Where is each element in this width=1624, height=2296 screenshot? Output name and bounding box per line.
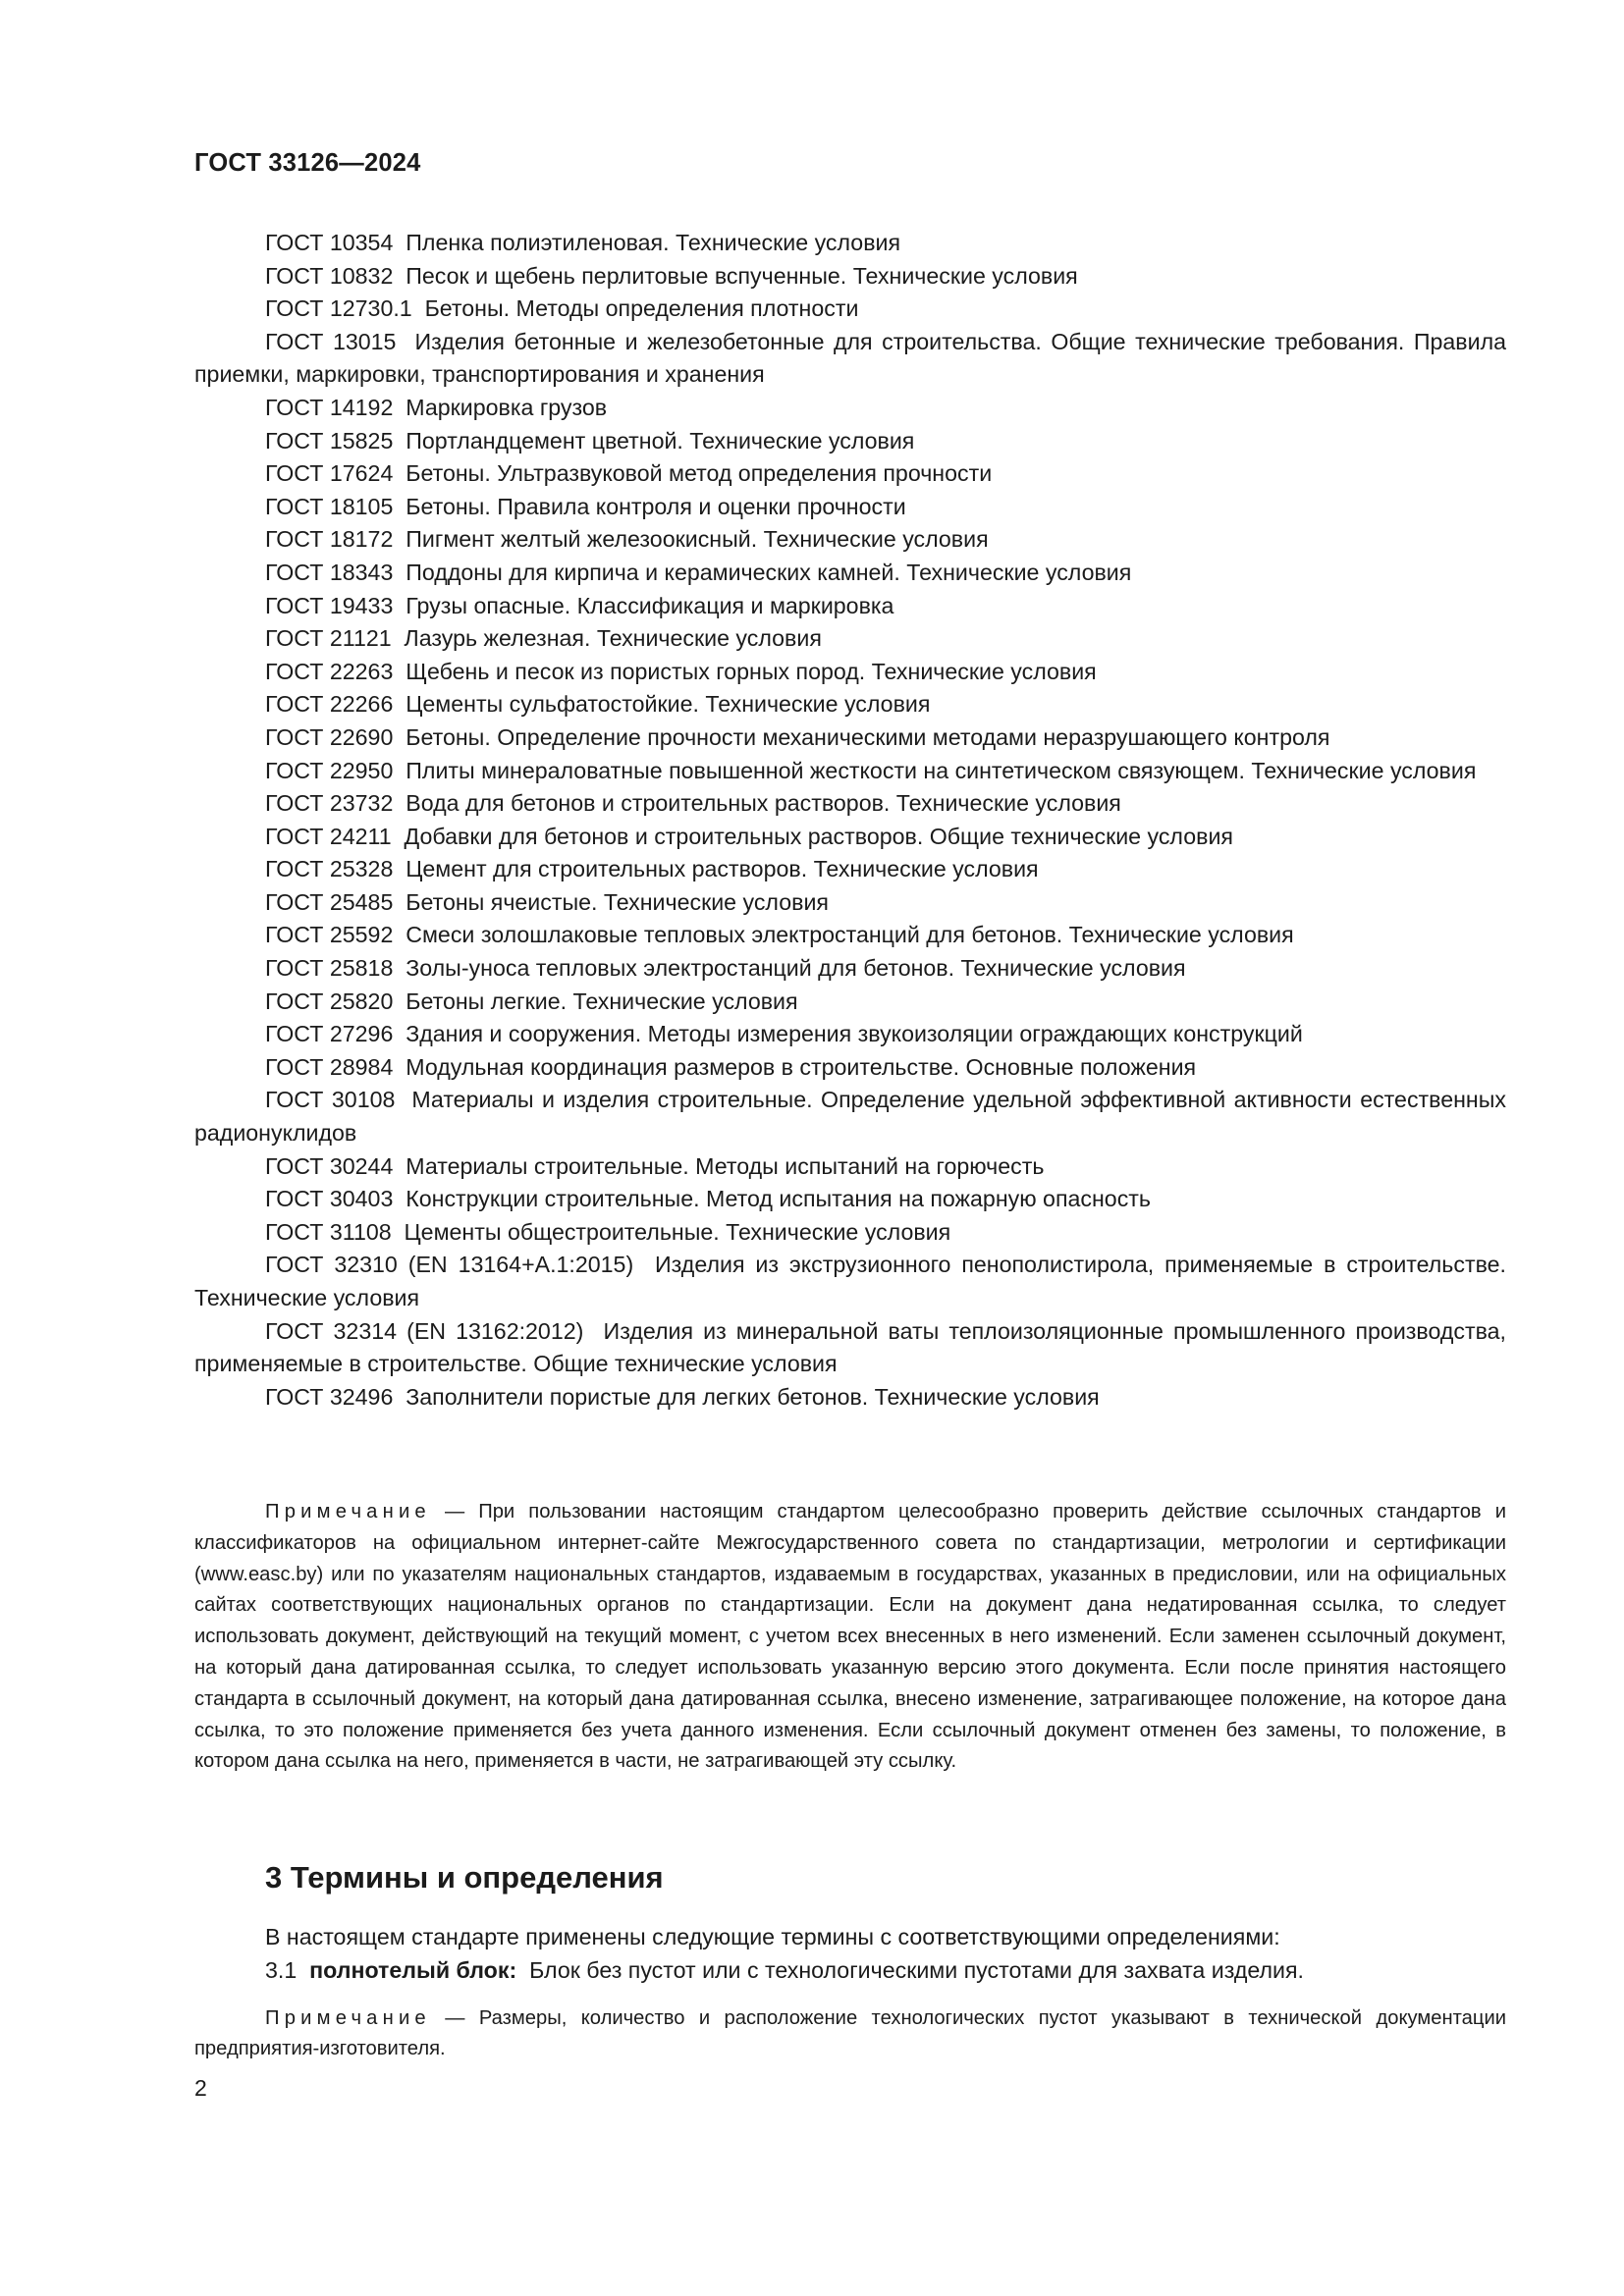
reference-code: ГОСТ 24211 — [265, 824, 392, 849]
reference-item: ГОСТ 32496 Заполнители пористые для легк… — [194, 1381, 1506, 1415]
reference-item: ГОСТ 27296 Здания и сооружения. Методы и… — [194, 1018, 1506, 1051]
reference-item: ГОСТ 32314 (EN 13162:2012) Изделия из ми… — [194, 1315, 1506, 1381]
reference-item: ГОСТ 19433 Грузы опасные. Классификация … — [194, 590, 1506, 623]
reference-title: Добавки для бетонов и строительных раств… — [405, 824, 1233, 849]
page-number: 2 — [194, 2074, 207, 2102]
reference-title: Цемент для строительных растворов. Техни… — [406, 856, 1038, 881]
reference-item: ГОСТ 10832 Песок и щебень перлитовые всп… — [194, 260, 1506, 294]
reference-code: ГОСТ 18172 — [265, 526, 393, 552]
reference-item: ГОСТ 17624 Бетоны. Ультразвуковой метод … — [194, 457, 1506, 491]
reference-title: Золы-уноса тепловых электростанций для б… — [406, 955, 1185, 981]
note-label: Примечание — [265, 1501, 431, 1522]
reference-title: Бетоны. Определение прочности механическ… — [406, 724, 1329, 750]
reference-code: ГОСТ 15825 — [265, 428, 393, 454]
reference-title: Заполнители пористые для легких бетонов.… — [406, 1384, 1099, 1410]
reference-code: ГОСТ 22690 — [265, 724, 393, 750]
reference-code: ГОСТ 21121 — [265, 625, 392, 651]
reference-code: ГОСТ 12730.1 — [265, 295, 412, 321]
term-note: Примечание — Размеры, количество и распо… — [194, 2003, 1506, 2065]
reference-item: ГОСТ 21121 Лазурь железная. Технические … — [194, 622, 1506, 656]
term-definition: Блок без пустот или с технологическими п… — [529, 1957, 1304, 1983]
note-text: — При пользовании настоящим стандартом ц… — [194, 1501, 1506, 1772]
reference-item: ГОСТ 10354 Пленка полиэтиленовая. Технич… — [194, 227, 1506, 260]
reference-item: ГОСТ 12730.1 Бетоны. Методы определения … — [194, 293, 1506, 326]
reference-title: Бетоны легкие. Технические условия — [406, 988, 797, 1014]
reference-item: ГОСТ 15825 Портландцемент цветной. Техни… — [194, 425, 1506, 458]
reference-title: Материалы строительные. Методы испытаний… — [406, 1153, 1044, 1179]
reference-code: ГОСТ 22263 — [265, 659, 393, 684]
reference-title: Бетоны. Ультразвуковой метод определения… — [406, 460, 992, 486]
references-note: Примечание — При пользовании настоящим с… — [194, 1497, 1506, 1778]
normative-references-list: ГОСТ 10354 Пленка полиэтиленовая. Технич… — [194, 227, 1506, 1414]
reference-code: ГОСТ 22266 — [265, 691, 393, 717]
reference-code: ГОСТ 18343 — [265, 560, 393, 585]
reference-code: ГОСТ 25328 — [265, 856, 393, 881]
reference-item: ГОСТ 23732 Вода для бетонов и строительн… — [194, 787, 1506, 821]
reference-code: ГОСТ 30108 — [265, 1087, 395, 1112]
reference-title: Бетоны. Методы определения плотности — [425, 295, 859, 321]
reference-item: ГОСТ 13015 Изделия бетонные и железобето… — [194, 326, 1506, 392]
reference-title: Щебень и песок из пористых горных пород.… — [406, 659, 1096, 684]
reference-title: Поддоны для кирпича и керамических камне… — [406, 560, 1131, 585]
reference-code: ГОСТ 10832 — [265, 263, 393, 289]
reference-title: Пигмент желтый железоокисный. Технически… — [406, 526, 988, 552]
reference-title: Смеси золошлаковые тепловых электростанц… — [406, 922, 1293, 947]
term-number: 3.1 — [265, 1957, 297, 1983]
reference-title: Цементы сульфатостойкие. Технические усл… — [406, 691, 930, 717]
reference-item: ГОСТ 31108 Цементы общестроительные. Тех… — [194, 1216, 1506, 1250]
reference-code: ГОСТ 22950 — [265, 758, 393, 783]
reference-title: Здания и сооружения. Методы измерения зв… — [406, 1021, 1303, 1046]
reference-code: ГОСТ 25485 — [265, 889, 393, 915]
reference-item: ГОСТ 30108 Материалы и изделия строитель… — [194, 1084, 1506, 1149]
reference-code: ГОСТ 25592 — [265, 922, 393, 947]
reference-code: ГОСТ 28984 — [265, 1054, 393, 1080]
reference-title: Конструкции строительные. Метод испытани… — [406, 1186, 1151, 1211]
terms-intro: В настоящем стандарте применены следующи… — [194, 1921, 1506, 1954]
reference-title: Цементы общестроительные. Технические ус… — [405, 1219, 951, 1245]
reference-code: ГОСТ 14192 — [265, 395, 393, 420]
reference-item: ГОСТ 25592 Смеси золошлаковые тепловых э… — [194, 919, 1506, 952]
reference-code: ГОСТ 13015 — [265, 329, 396, 354]
reference-code: ГОСТ 25818 — [265, 955, 393, 981]
reference-code: ГОСТ 31108 — [265, 1219, 392, 1245]
reference-title: Бетоны ячеистые. Технические условия — [406, 889, 829, 915]
reference-item: ГОСТ 22950 Плиты минераловатные повышенн… — [194, 755, 1506, 788]
document-header-id: ГОСТ 33126—2024 — [194, 148, 421, 178]
reference-item: ГОСТ 22263 Щебень и песок из пористых го… — [194, 656, 1506, 689]
reference-title: Грузы опасные. Классификация и маркировк… — [406, 593, 893, 618]
reference-code: ГОСТ 30403 — [265, 1186, 393, 1211]
reference-title: Лазурь железная. Технические условия — [405, 625, 822, 651]
reference-title: Пленка полиэтиленовая. Технические услов… — [406, 230, 900, 255]
reference-code: ГОСТ 32496 — [265, 1384, 393, 1410]
section-title-terms: 3 Термины и определения — [265, 1858, 664, 1897]
reference-code: ГОСТ 23732 — [265, 790, 393, 816]
reference-title: Маркировка грузов — [406, 395, 607, 420]
reference-code: ГОСТ 30244 — [265, 1153, 393, 1179]
reference-item: ГОСТ 18105 Бетоны. Правила контроля и оц… — [194, 491, 1506, 524]
reference-code: ГОСТ 19433 — [265, 593, 393, 618]
term-entry: 3.1 полнотелый блок: Блок без пустот или… — [194, 1954, 1506, 1988]
reference-item: ГОСТ 25485 Бетоны ячеистые. Технические … — [194, 886, 1506, 920]
reference-item: ГОСТ 32310 (EN 13164+A.1:2015) Изделия и… — [194, 1249, 1506, 1314]
terms-section: В настоящем стандарте применены следующи… — [194, 1921, 1506, 1987]
reference-item: ГОСТ 22690 Бетоны. Определение прочности… — [194, 721, 1506, 755]
reference-item: ГОСТ 14192 Маркировка грузов — [194, 392, 1506, 425]
reference-code: ГОСТ 18105 — [265, 494, 393, 519]
reference-code: ГОСТ 27296 — [265, 1021, 393, 1046]
reference-item: ГОСТ 30403 Конструкции строительные. Мет… — [194, 1183, 1506, 1216]
reference-item: ГОСТ 28984 Модульная координация размеро… — [194, 1051, 1506, 1085]
reference-title: Бетоны. Правила контроля и оценки прочно… — [406, 494, 905, 519]
reference-item: ГОСТ 18343 Поддоны для кирпича и керамич… — [194, 557, 1506, 590]
reference-item: ГОСТ 25818 Золы-уноса тепловых электрост… — [194, 952, 1506, 986]
reference-title: Песок и щебень перлитовые вспученные. Те… — [406, 263, 1077, 289]
reference-code: ГОСТ 10354 — [265, 230, 393, 255]
reference-item: ГОСТ 30244 Материалы строительные. Метод… — [194, 1150, 1506, 1184]
reference-item: ГОСТ 25328 Цемент для строительных раств… — [194, 853, 1506, 886]
reference-item: ГОСТ 24211 Добавки для бетонов и строите… — [194, 821, 1506, 854]
reference-item: ГОСТ 22266 Цементы сульфатостойкие. Техн… — [194, 688, 1506, 721]
term-name: полнотелый блок: — [309, 1957, 516, 1983]
reference-code: ГОСТ 32314 (EN 13162:2012) — [265, 1318, 583, 1344]
note-label: Примечание — [265, 2007, 431, 2029]
reference-code: ГОСТ 32310 (EN 13164+A.1:2015) — [265, 1252, 633, 1277]
reference-title: Вода для бетонов и строительных растворо… — [406, 790, 1121, 816]
reference-code: ГОСТ 17624 — [265, 460, 393, 486]
reference-item: ГОСТ 25820 Бетоны легкие. Технические ус… — [194, 986, 1506, 1019]
reference-title: Портландцемент цветной. Технические усло… — [406, 428, 914, 454]
reference-code: ГОСТ 25820 — [265, 988, 393, 1014]
reference-item: ГОСТ 18172 Пигмент желтый железоокисный.… — [194, 523, 1506, 557]
reference-title: Плиты минераловатные повышенной жесткост… — [406, 758, 1476, 783]
reference-title: Модульная координация размеров в строите… — [406, 1054, 1196, 1080]
